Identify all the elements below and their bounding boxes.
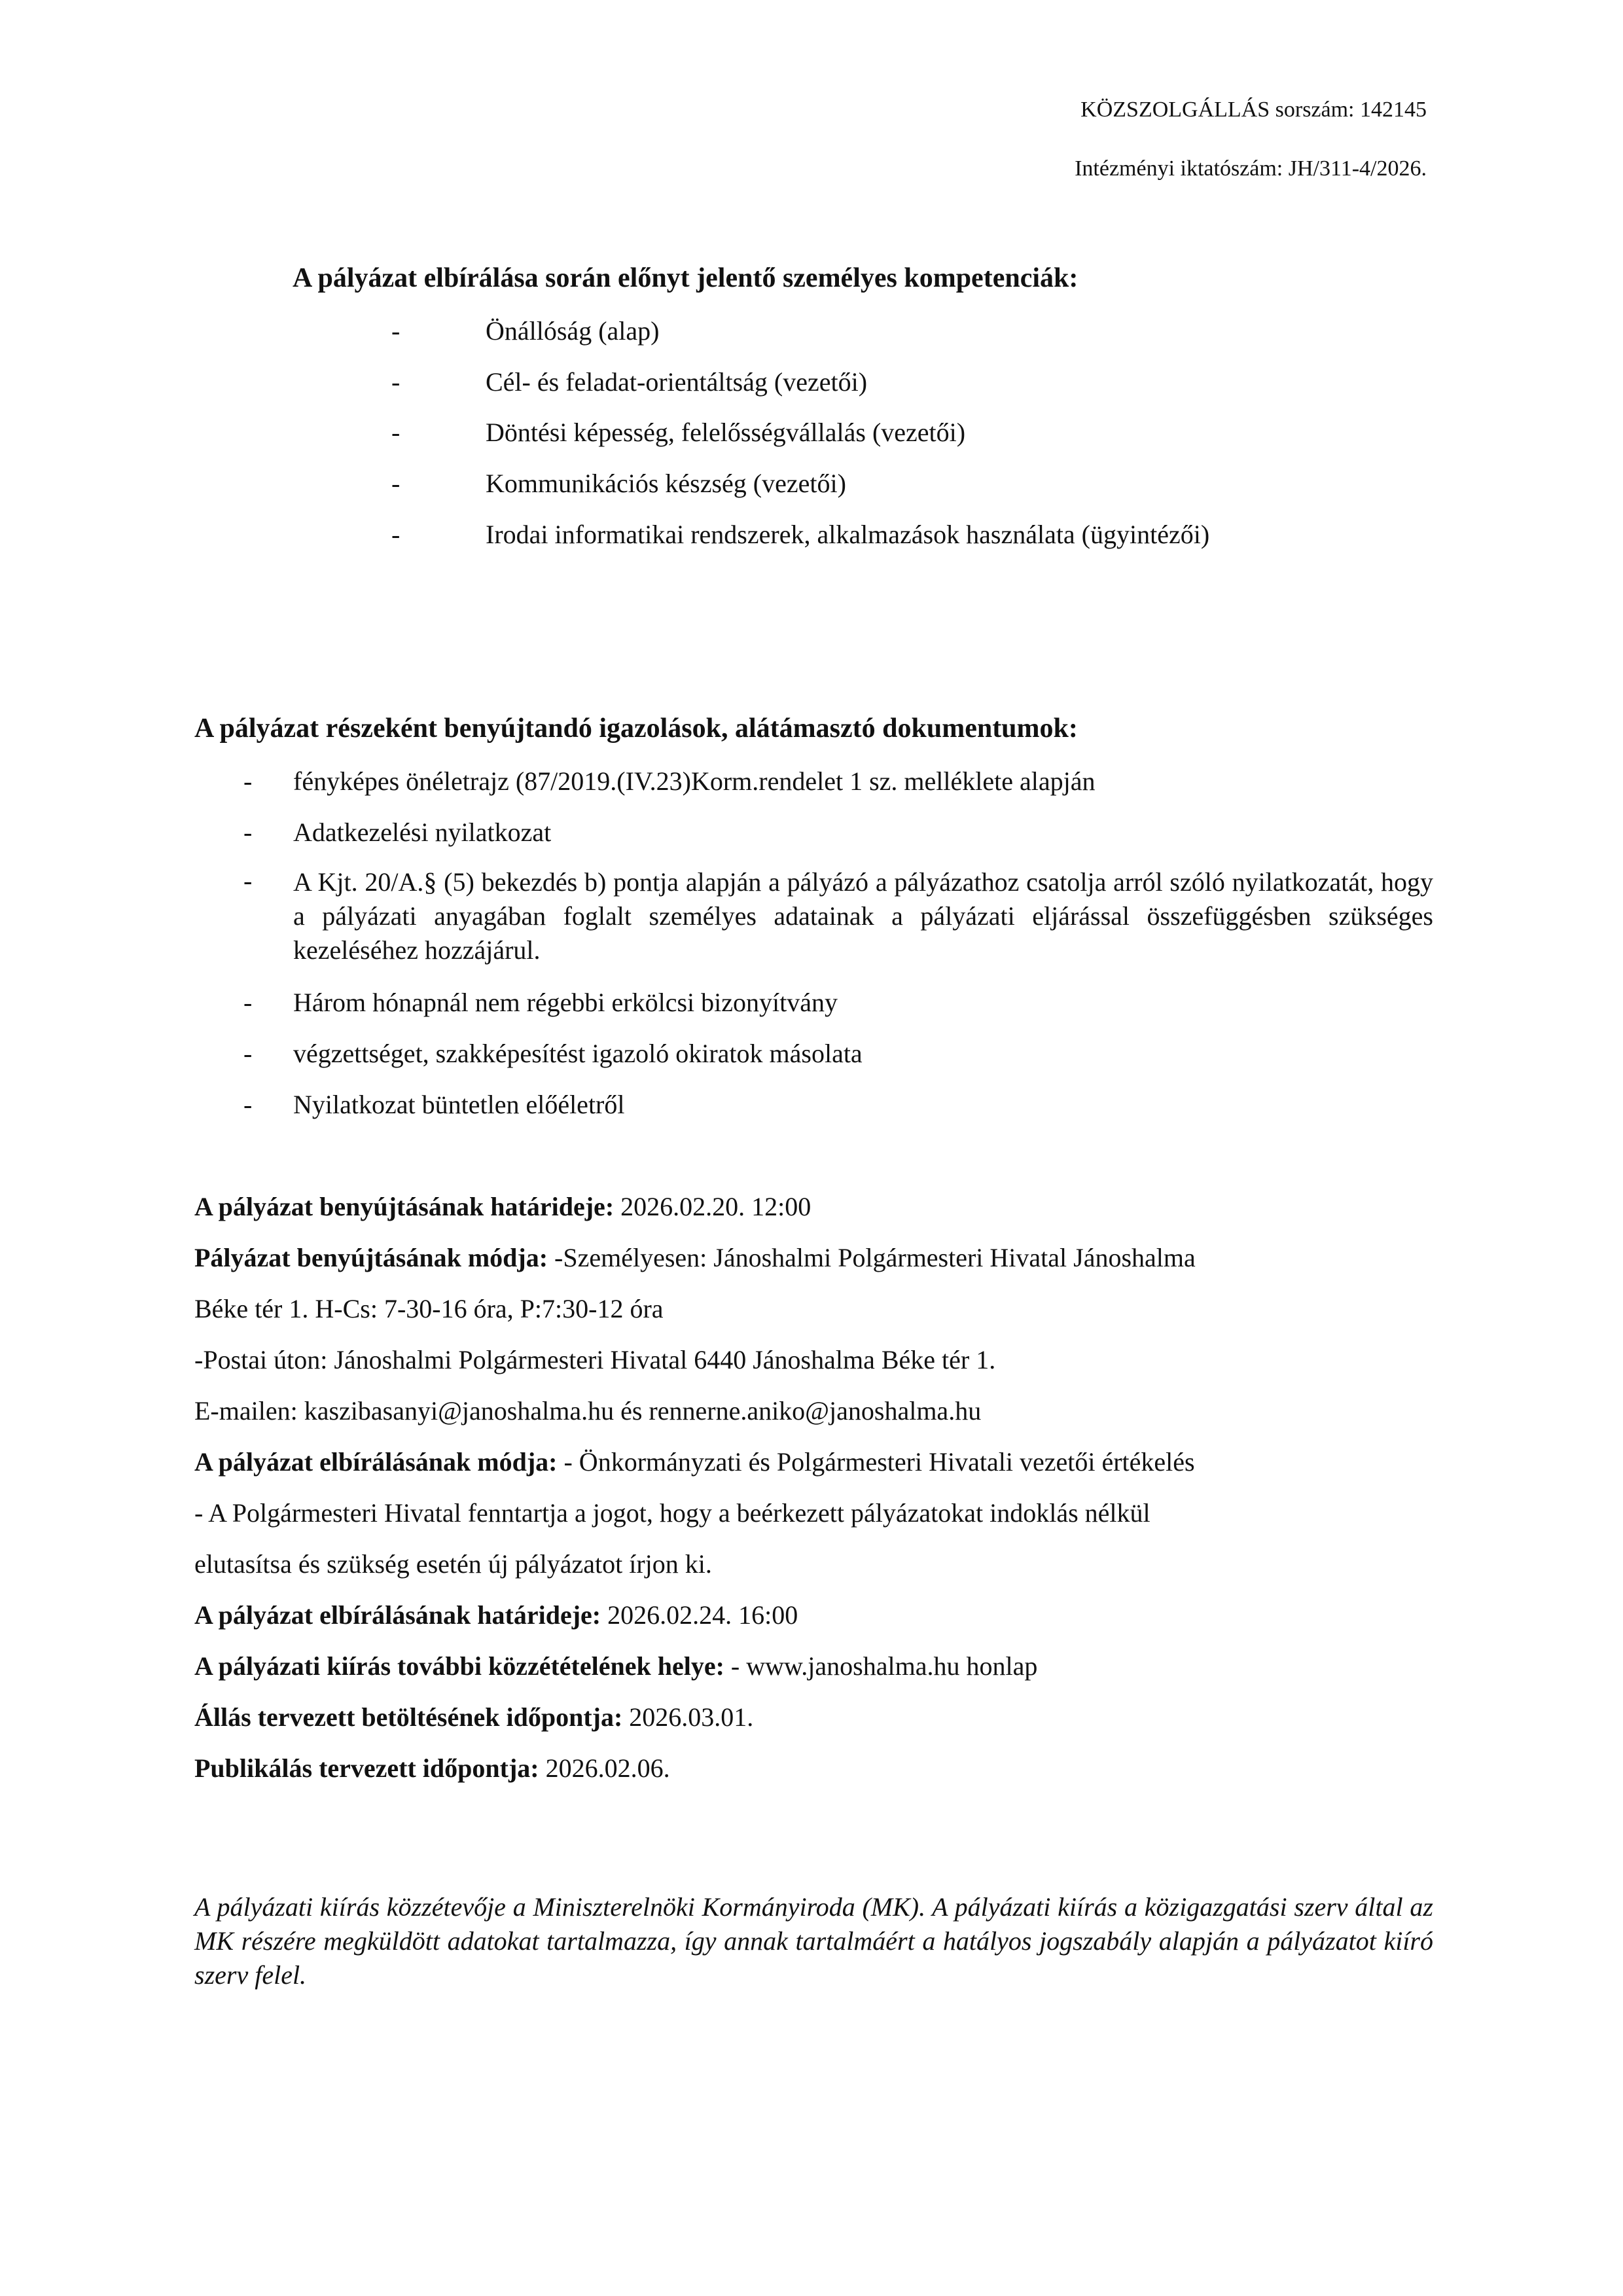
competencies-heading: A pályázat elbírálása során előnyt jelen…: [293, 262, 1078, 295]
submission-hours: Béke tér 1. H-Cs: 7-30-16 óra, P:7:30-12…: [194, 1293, 664, 1325]
bullet-dash: -: [391, 367, 400, 398]
document-page: KÖZSZOLGÁLLÁS sorszám: 142145 Intézményi…: [0, 0, 1623, 2296]
competency-label: Irodai informatikai rendszerek, alkalmaz…: [486, 519, 1209, 550]
bullet-dash: -: [391, 519, 400, 550]
submission-email: E-mailen: kaszibasanyi@janoshalma.hu és …: [194, 1395, 981, 1427]
submission-deadline-label: A pályázat benyújtásának határideje:: [194, 1192, 614, 1221]
bullet-dash: -: [391, 468, 400, 499]
competency-label: Kommunikációs készség (vezetői): [486, 468, 846, 499]
submission-deadline: A pályázat benyújtásának határideje: 202…: [194, 1191, 811, 1223]
evaluation-method-value: - Önkormányzati és Polgármesteri Hivatal…: [557, 1447, 1194, 1477]
bullet-dash: -: [391, 315, 400, 347]
document-label: Adatkezelési nyilatkozat: [293, 817, 551, 848]
planned-start: Állás tervezett betöltésének időpontja: …: [194, 1702, 753, 1733]
bullet-dash: -: [243, 1089, 252, 1121]
planned-start-value: 2026.03.01.: [622, 1702, 753, 1732]
publisher-disclaimer: A pályázati kiírás közzétevője a Miniszt…: [194, 1890, 1433, 1992]
planned-publication-label: Publikálás tervezett időpontja:: [194, 1753, 539, 1783]
document-label: végzettséget, szakképesítést igazoló oki…: [293, 1038, 863, 1069]
competency-label: Döntési képesség, felelősségvállalás (ve…: [486, 417, 965, 448]
planned-start-label: Állás tervezett betöltésének időpontja:: [194, 1702, 622, 1732]
document-label: A Kjt. 20/A.§ (5) bekezdés b) pontja ala…: [293, 865, 1433, 967]
bullet-dash: -: [243, 1038, 252, 1069]
submission-postal: -Postai úton: Jánoshalmi Polgármesteri H…: [194, 1344, 995, 1376]
submission-method-value: -Személyesen: Jánoshalmi Polgármesteri H…: [548, 1243, 1196, 1272]
document-label: fényképes önéletrajz (87/2019.(IV.23)Kor…: [293, 766, 1095, 797]
document-label: Nyilatkozat büntetlen előéletről: [293, 1089, 624, 1121]
submission-deadline-value: 2026.02.20. 12:00: [614, 1192, 811, 1221]
evaluation-deadline-label: A pályázat elbírálásának határideje:: [194, 1600, 601, 1630]
submission-method-label: Pályázat benyújtásának módja:: [194, 1243, 548, 1272]
publication-place-value: - www.janoshalma.hu honlap: [724, 1651, 1037, 1681]
job-serial-number: KÖZSZOLGÁLLÁS sorszám: 142145: [1080, 97, 1427, 124]
document-label: Három hónapnál nem régebbi erkölcsi bizo…: [293, 987, 838, 1018]
competency-label: Cél- és feladat-orientáltság (vezetői): [486, 367, 867, 398]
competency-label: Önállóság (alap): [486, 315, 659, 347]
publication-place: A pályázati kiírás további közzétételéne…: [194, 1651, 1037, 1682]
evaluation-method-label: A pályázat elbírálásának módja:: [194, 1447, 557, 1477]
publication-place-label: A pályázati kiírás további közzétételéne…: [194, 1651, 724, 1681]
bullet-dash: -: [243, 987, 252, 1018]
planned-publication-value: 2026.02.06.: [539, 1753, 670, 1783]
bullet-dash: -: [243, 766, 252, 797]
evaluation-method: A pályázat elbírálásának módja: - Önkorm…: [194, 1446, 1195, 1478]
evaluation-note-line1: - A Polgármesteri Hivatal fenntartja a j…: [194, 1498, 1150, 1529]
evaluation-deadline-value: 2026.02.24. 16:00: [601, 1600, 798, 1630]
submission-method: Pályázat benyújtásának módja: -Személyes…: [194, 1242, 1196, 1274]
evaluation-deadline: A pályázat elbírálásának határideje: 202…: [194, 1600, 798, 1631]
planned-publication: Publikálás tervezett időpontja: 2026.02.…: [194, 1753, 670, 1784]
documents-heading: A pályázat részeként benyújtandó igazolá…: [194, 712, 1078, 745]
bullet-dash: -: [243, 817, 252, 848]
evaluation-note-line2: elutasítsa és szükség esetén új pályázat…: [194, 1549, 712, 1580]
registry-number: Intézményi iktatószám: JH/311-4/2026.: [1075, 156, 1427, 183]
bullet-dash: -: [243, 865, 252, 897]
bullet-dash: -: [391, 417, 400, 448]
